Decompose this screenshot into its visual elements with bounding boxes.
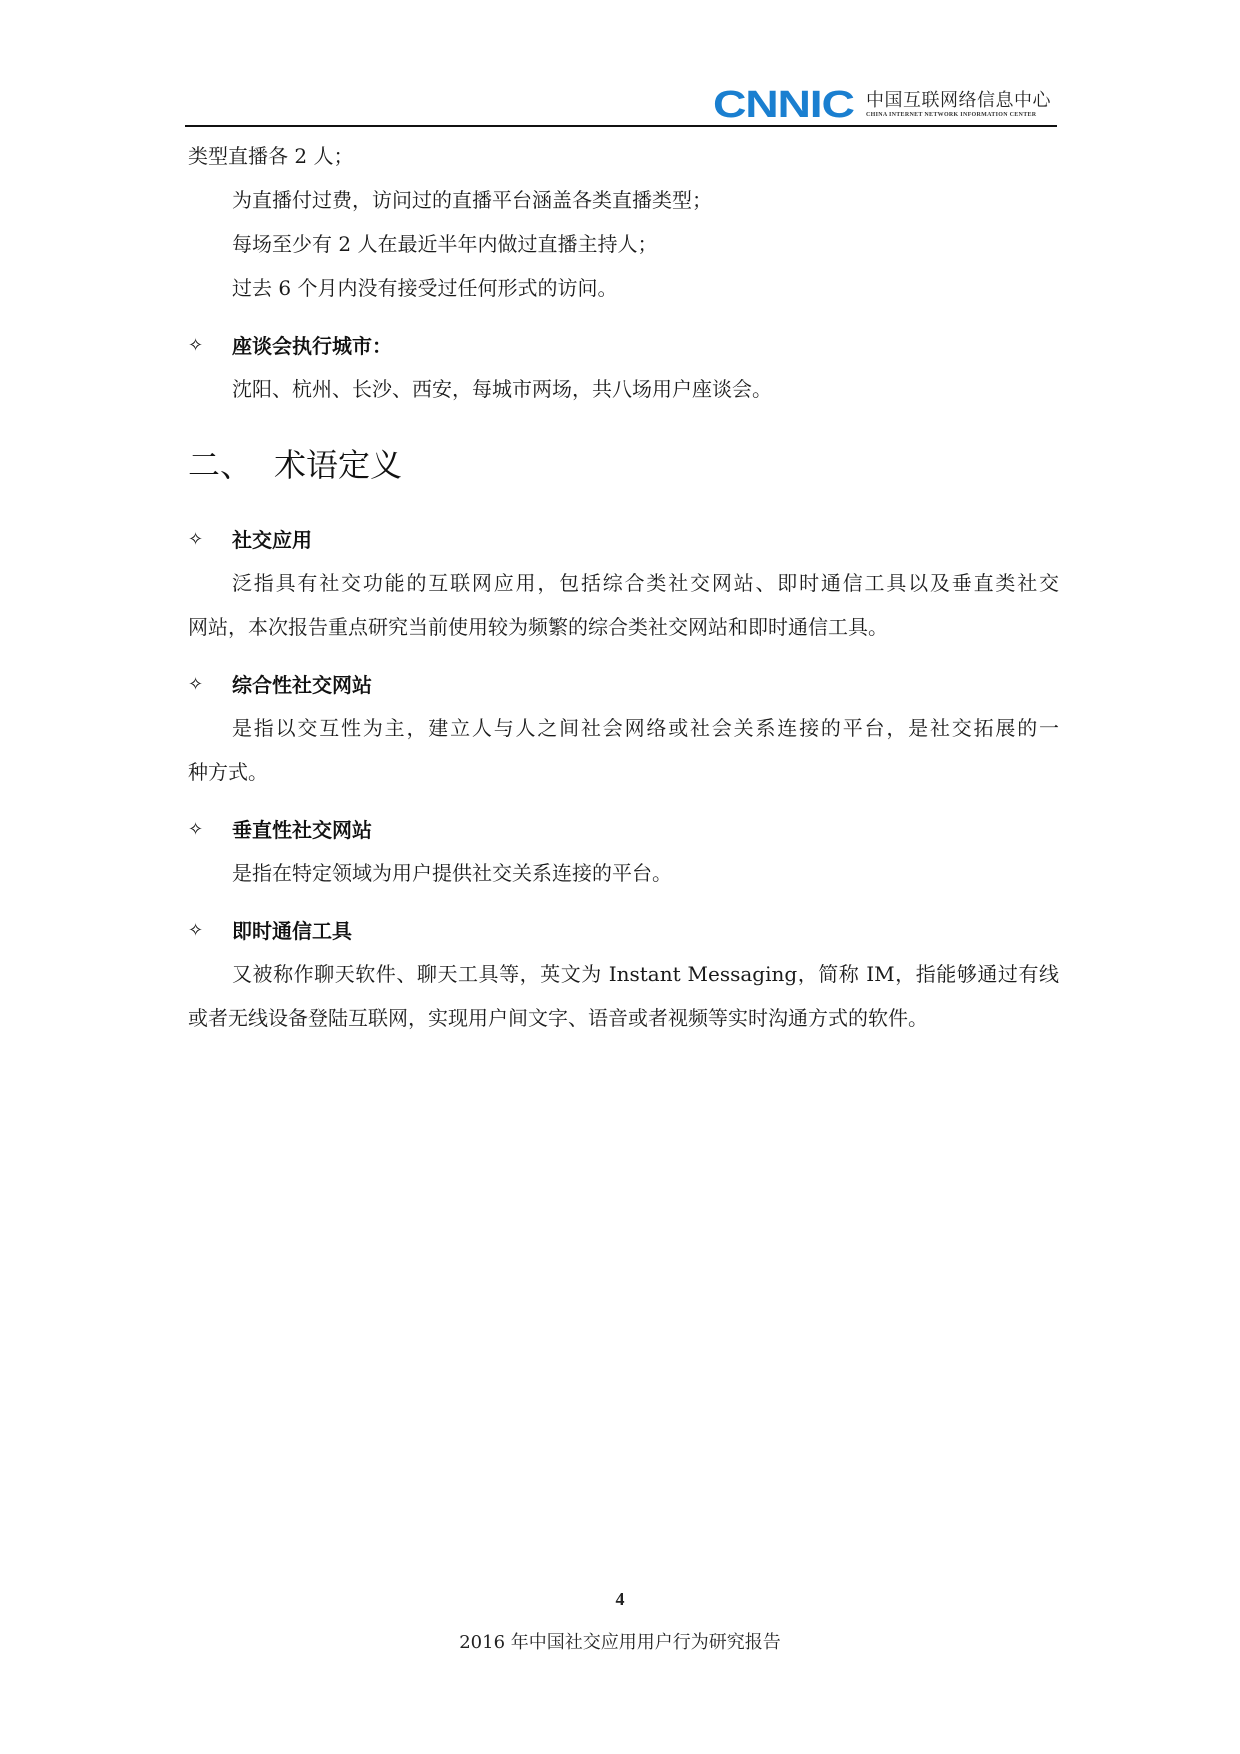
term-definition-line: 网站，本次报告重点研究当前使用较为频繁的综合类社交网站和即时通信工具。 (188, 614, 888, 640)
term-definition-line: 是指在特定领域为用户提供社交关系连接的平台。 (232, 860, 672, 886)
diamond-bullet-icon: ✧ (188, 333, 232, 359)
term-title: 即时通信工具 (232, 918, 352, 944)
term-definition-line: 泛指具有社交功能的互联网应用，包括综合类社交网站、即时通信工具以及垂直类社交 (232, 570, 1059, 596)
report-title: 2016 年中国社交应用用户行为研究报告 (0, 1631, 1240, 1655)
page-number: 4 (0, 1588, 1240, 1610)
term-title: 垂直性社交网站 (232, 817, 372, 843)
term-heading: ✧ 社交应用 (188, 527, 312, 553)
cities-heading: ✧ 座谈会执行城市： (188, 333, 392, 359)
cnnic-logo: CNNIC 中国互联网络信息中心 CHINA INTERNET NETWORK … (713, 88, 1051, 122)
section-title: 术语定义 (274, 446, 402, 484)
logo-chinese-name: 中国互联网络信息中心 (866, 91, 1051, 111)
term-heading: ✧ 即时通信工具 (188, 918, 352, 944)
diamond-bullet-icon: ✧ (188, 817, 232, 843)
intro-continued-line: 类型直播各 2 人； (188, 143, 353, 169)
logo-text: 中国互联网络信息中心 CHINA INTERNET NETWORK INFORM… (866, 91, 1051, 119)
section-number: 二、 (188, 445, 274, 485)
criteria-item: 为直播付过费，访问过的直播平台涵盖各类直播类型； (232, 187, 712, 213)
term-title: 社交应用 (232, 527, 312, 553)
term-title: 综合性社交网站 (232, 672, 372, 698)
term-definition-line: 是指以交互性为主，建立人与人之间社会网络或社会关系连接的平台，是社交拓展的一 (232, 715, 1059, 741)
logo-english-name: CHINA INTERNET NETWORK INFORMATION CENTE… (866, 111, 1051, 119)
term-definition-line: 种方式。 (188, 759, 268, 785)
term-heading: ✧ 垂直性社交网站 (188, 817, 372, 843)
cities-text: 沈阳、杭州、长沙、西安，每城市两场，共八场用户座谈会。 (232, 376, 772, 402)
criteria-item: 过去 6 个月内没有接受过任何形式的访问。 (232, 275, 617, 301)
section-heading: 二、术语定义 (188, 445, 402, 485)
diamond-bullet-icon: ✧ (188, 527, 232, 553)
cities-title: 座谈会执行城市： (232, 333, 392, 359)
page-header: CNNIC 中国互联网络信息中心 CHINA INTERNET NETWORK … (185, 0, 1057, 127)
term-definition-line: 或者无线设备登陆互联网，实现用户间文字、语音或者视频等实时沟通方式的软件。 (188, 1005, 928, 1031)
term-definition-line: 又被称作聊天软件、聊天工具等，英文为 Instant Messaging，简称 … (232, 961, 1059, 987)
term-heading: ✧ 综合性社交网站 (188, 672, 372, 698)
header-divider (185, 125, 1057, 127)
diamond-bullet-icon: ✧ (188, 918, 232, 944)
criteria-item: 每场至少有 2 人在最近半年内做过直播主持人； (232, 231, 657, 257)
logo-mark: CNNIC (713, 88, 854, 122)
diamond-bullet-icon: ✧ (188, 672, 232, 698)
